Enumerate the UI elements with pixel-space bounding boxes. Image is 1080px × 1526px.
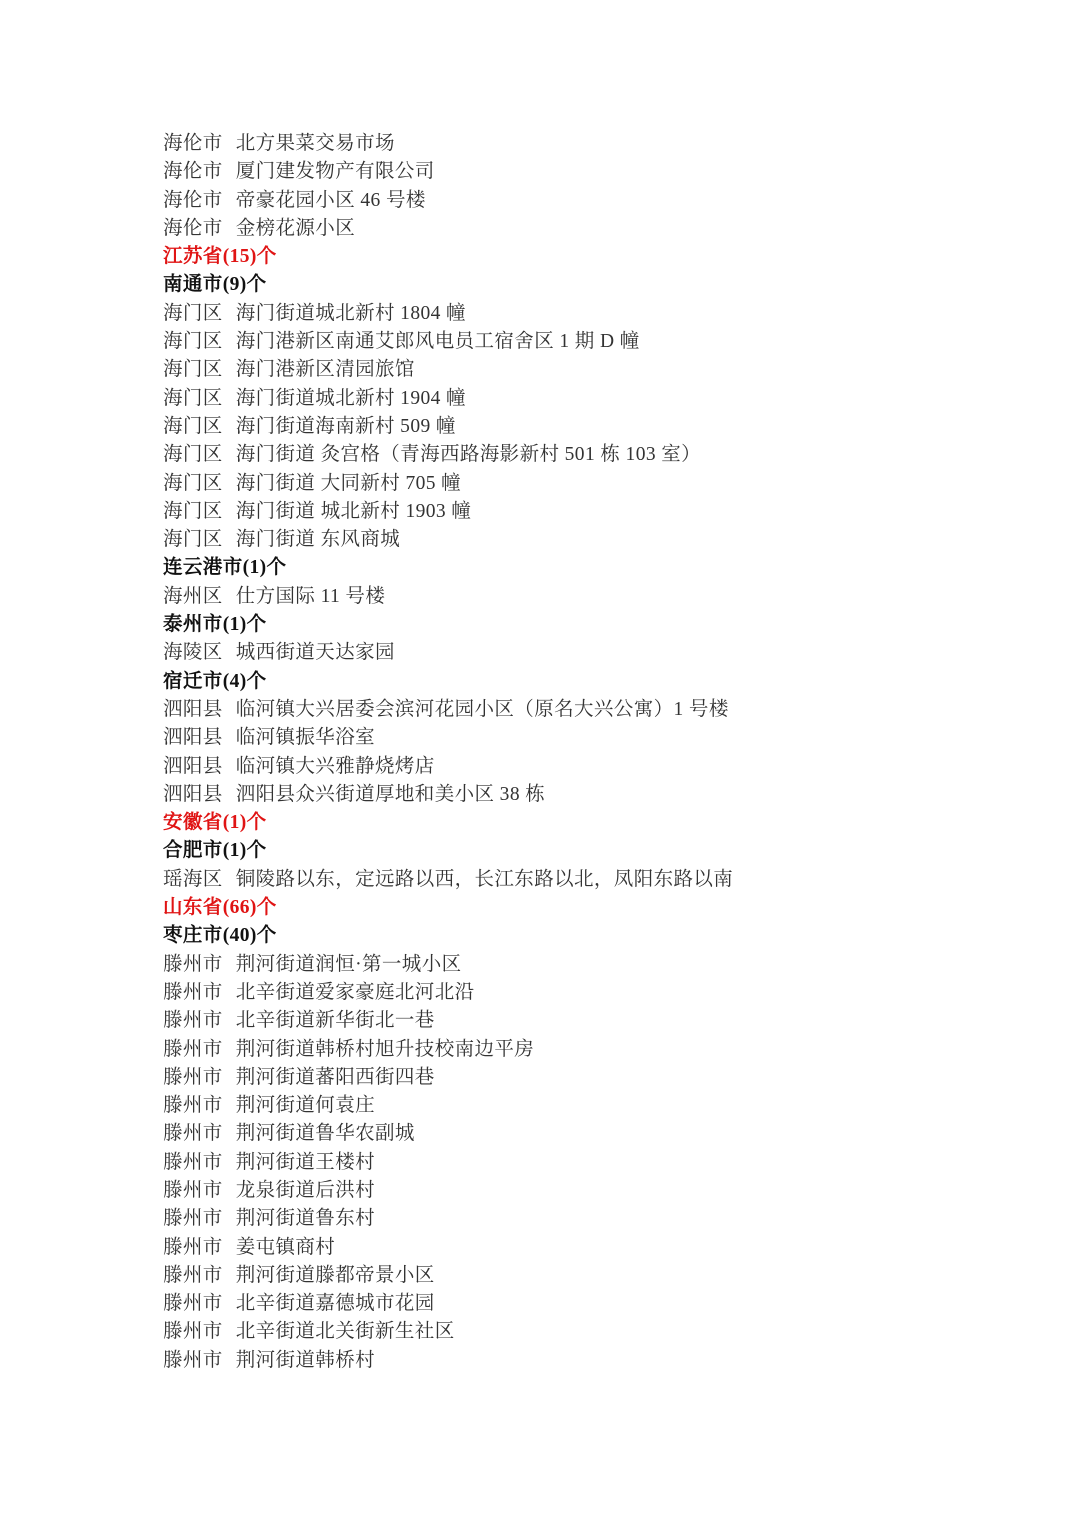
district-label: 海门区	[163, 328, 223, 356]
address-text: 荆河街道韩桥村旭升技校南边平房	[236, 1036, 535, 1064]
district-label: 泗阳县	[163, 781, 223, 809]
district-label: 滕州市	[163, 1036, 223, 1064]
district-label: 泗阳县	[163, 724, 223, 752]
address-text: 龙泉街道后洪村	[236, 1177, 375, 1205]
address-line: 海伦市帝豪花园小区 46 号楼	[163, 187, 1020, 215]
district-label: 海门区	[163, 356, 223, 384]
address-line: 海门区海门港新区清园旅馆	[163, 356, 1020, 384]
district-label: 海伦市	[163, 130, 223, 158]
city-header: 连云港市(1)个	[163, 554, 1020, 582]
district-label: 海陵区	[163, 639, 223, 667]
address-line: 滕州市北辛街道北关街新生社区	[163, 1318, 1020, 1346]
city-header: 枣庄市(40)个	[163, 922, 1020, 950]
address-line: 泗阳县临河镇大兴雅静烧烤店	[163, 753, 1020, 781]
address-line: 海伦市金榜花源小区	[163, 215, 1020, 243]
address-text: 海门街道 城北新村 1903 幢	[236, 498, 472, 526]
address-text: 北辛街道新华街北一巷	[236, 1007, 435, 1035]
district-label: 海门区	[163, 470, 223, 498]
address-line: 泗阳县临河镇大兴居委会滨河花园小区（原名大兴公寓）1 号楼	[163, 696, 1020, 724]
address-text: 荆河街道何袁庄	[236, 1092, 375, 1120]
address-line: 瑶海区铜陵路以东，定远路以西，长江东路以北，凤阳东路以南	[163, 866, 1020, 894]
district-label: 滕州市	[163, 1205, 223, 1233]
address-text: 帝豪花园小区 46 号楼	[236, 187, 426, 215]
address-line: 海门区海门街道 城北新村 1903 幢	[163, 498, 1020, 526]
address-text: 荆河街道鲁东村	[236, 1205, 375, 1233]
address-text: 城西街道天达家园	[236, 639, 395, 667]
district-label: 海门区	[163, 498, 223, 526]
address-line: 滕州市龙泉街道后洪村	[163, 1177, 1020, 1205]
district-label: 海门区	[163, 526, 223, 554]
address-line: 滕州市北辛街道嘉德城市花园	[163, 1290, 1020, 1318]
district-label: 海门区	[163, 441, 223, 469]
district-label: 滕州市	[163, 1262, 223, 1290]
address-line: 海门区海门街道 大同新村 705 幢	[163, 470, 1020, 498]
city-header: 泰州市(1)个	[163, 611, 1020, 639]
address-text: 海门街道 灸宫格（青海西路海影新村 501 栋 103 室）	[236, 441, 701, 469]
district-label: 海伦市	[163, 187, 223, 215]
address-text: 海门街道海南新村 509 幢	[236, 413, 456, 441]
city-header: 合肥市(1)个	[163, 837, 1020, 865]
address-text: 仕方国际 11 号楼	[236, 583, 386, 611]
address-text: 北方果菜交易市场	[236, 130, 395, 158]
district-label: 滕州市	[163, 1149, 223, 1177]
district-label: 滕州市	[163, 1007, 223, 1035]
address-line: 滕州市荆河街道鲁华农副城	[163, 1120, 1020, 1148]
address-text: 北辛街道嘉德城市花园	[236, 1290, 435, 1318]
address-text: 荆河街道韩桥村	[236, 1347, 375, 1375]
address-text: 海门街道城北新村 1804 幢	[236, 300, 466, 328]
address-line: 滕州市荆河街道韩桥村旭升技校南边平房	[163, 1036, 1020, 1064]
address-line: 海陵区城西街道天达家园	[163, 639, 1020, 667]
district-label: 滕州市	[163, 1120, 223, 1148]
address-line: 滕州市荆河街道何袁庄	[163, 1092, 1020, 1120]
address-line: 海门区海门港新区南通艾郎风电员工宿舍区 1 期 D 幢	[163, 328, 1020, 356]
district-label: 滕州市	[163, 1177, 223, 1205]
address-text: 北辛街道北关街新生社区	[236, 1318, 455, 1346]
address-text: 海门港新区清园旅馆	[236, 356, 415, 384]
district-label: 滕州市	[163, 1064, 223, 1092]
address-line: 海伦市厦门建发物产有限公司	[163, 158, 1020, 186]
district-label: 泗阳县	[163, 696, 223, 724]
district-label: 海门区	[163, 300, 223, 328]
address-text: 临河镇大兴居委会滨河花园小区（原名大兴公寓）1 号楼	[236, 696, 729, 724]
address-line: 海门区海门街道城北新村 1804 幢	[163, 300, 1020, 328]
address-line: 泗阳县泗阳县众兴街道厚地和美小区 38 栋	[163, 781, 1020, 809]
address-text: 北辛街道爱家豪庭北河北沿	[236, 979, 475, 1007]
address-line: 滕州市荆河街道滕都帝景小区	[163, 1262, 1020, 1290]
address-text: 海门街道城北新村 1904 幢	[236, 385, 466, 413]
city-header: 宿迁市(4)个	[163, 668, 1020, 696]
province-header: 江苏省(15)个	[163, 243, 1020, 271]
district-label: 海伦市	[163, 215, 223, 243]
address-line: 海门区海门街道海南新村 509 幢	[163, 413, 1020, 441]
address-text: 荆河街道鲁华农副城	[236, 1120, 415, 1148]
district-label: 滕州市	[163, 1347, 223, 1375]
document-page: 海伦市北方果菜交易市场海伦市厦门建发物产有限公司海伦市帝豪花园小区 46 号楼海…	[0, 0, 1080, 1526]
address-text: 临河镇大兴雅静烧烤店	[236, 753, 435, 781]
district-label: 海门区	[163, 385, 223, 413]
province-header: 安徽省(1)个	[163, 809, 1020, 837]
district-label: 滕州市	[163, 951, 223, 979]
district-label: 泗阳县	[163, 753, 223, 781]
address-text: 姜屯镇商村	[236, 1234, 336, 1262]
document-body: 海伦市北方果菜交易市场海伦市厦门建发物产有限公司海伦市帝豪花园小区 46 号楼海…	[163, 130, 1020, 1375]
address-line: 海门区海门街道 灸宫格（青海西路海影新村 501 栋 103 室）	[163, 441, 1020, 469]
address-line: 滕州市荆河街道鲁东村	[163, 1205, 1020, 1233]
address-line: 海州区仕方国际 11 号楼	[163, 583, 1020, 611]
address-line: 滕州市荆河街道润恒·第一城小区	[163, 951, 1020, 979]
district-label: 滕州市	[163, 1318, 223, 1346]
address-line: 滕州市北辛街道爱家豪庭北河北沿	[163, 979, 1020, 1007]
address-text: 荆河街道王楼村	[236, 1149, 375, 1177]
address-text: 荆河街道蕃阳西街四巷	[236, 1064, 435, 1092]
district-label: 滕州市	[163, 1290, 223, 1318]
address-text: 金榜花源小区	[236, 215, 355, 243]
district-label: 滕州市	[163, 1234, 223, 1262]
address-text: 海门街道 东风商城	[236, 526, 400, 554]
address-line: 滕州市荆河街道蕃阳西街四巷	[163, 1064, 1020, 1092]
city-header: 南通市(9)个	[163, 271, 1020, 299]
address-line: 泗阳县临河镇振华浴室	[163, 724, 1020, 752]
address-text: 铜陵路以东，定远路以西，长江东路以北，凤阳东路以南	[236, 866, 734, 894]
address-text: 荆河街道润恒·第一城小区	[236, 951, 462, 979]
address-line: 滕州市姜屯镇商村	[163, 1234, 1020, 1262]
address-line: 滕州市荆河街道王楼村	[163, 1149, 1020, 1177]
district-label: 滕州市	[163, 1092, 223, 1120]
address-text: 海门港新区南通艾郎风电员工宿舍区 1 期 D 幢	[236, 328, 640, 356]
district-label: 海州区	[163, 583, 223, 611]
district-label: 滕州市	[163, 979, 223, 1007]
address-line: 滕州市北辛街道新华街北一巷	[163, 1007, 1020, 1035]
district-label: 瑶海区	[163, 866, 223, 894]
address-line: 滕州市荆河街道韩桥村	[163, 1347, 1020, 1375]
province-header: 山东省(66)个	[163, 894, 1020, 922]
address-text: 海门街道 大同新村 705 幢	[236, 470, 461, 498]
address-text: 荆河街道滕都帝景小区	[236, 1262, 435, 1290]
district-label: 海伦市	[163, 158, 223, 186]
district-label: 海门区	[163, 413, 223, 441]
address-text: 泗阳县众兴街道厚地和美小区 38 栋	[236, 781, 545, 809]
address-line: 海伦市北方果菜交易市场	[163, 130, 1020, 158]
address-line: 海门区海门街道城北新村 1904 幢	[163, 385, 1020, 413]
address-line: 海门区海门街道 东风商城	[163, 526, 1020, 554]
address-text: 厦门建发物产有限公司	[236, 158, 435, 186]
address-text: 临河镇振华浴室	[236, 724, 375, 752]
